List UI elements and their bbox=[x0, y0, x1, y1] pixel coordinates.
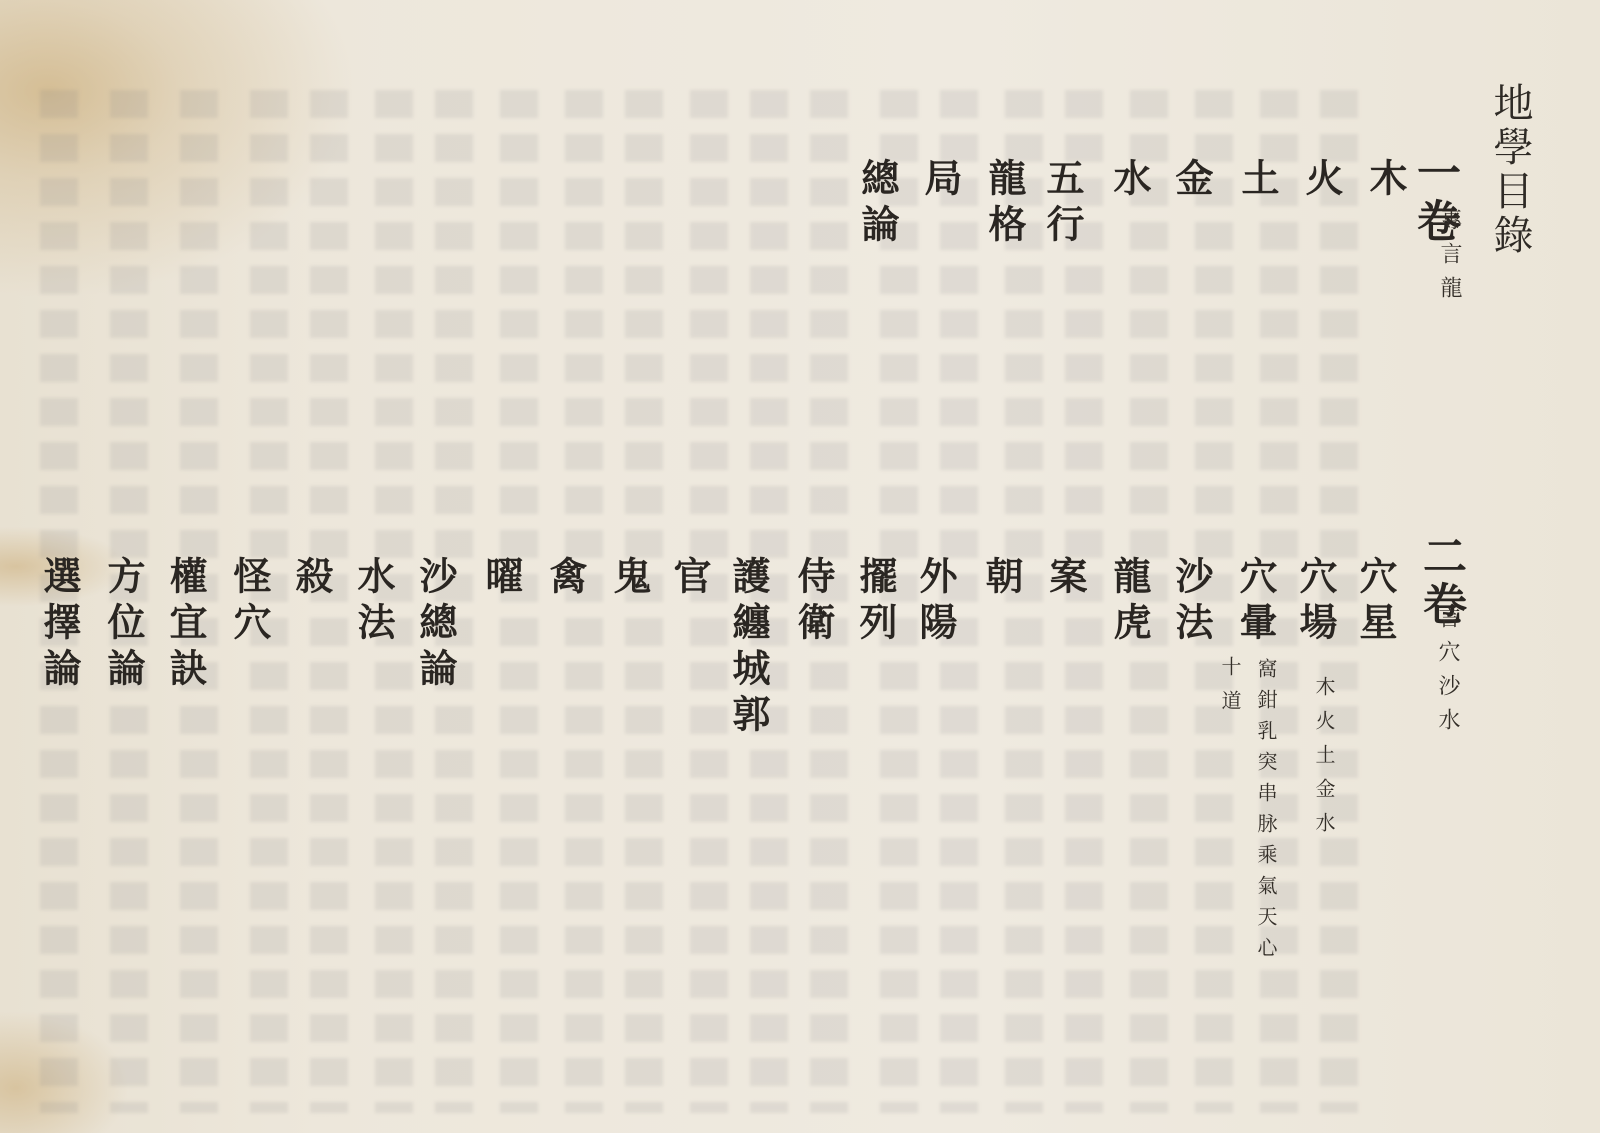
manuscript-page: 地學目錄 一卷 專言龍 木 火 土 金 水 五行 龍格 局 總論 二卷 言穴沙水… bbox=[0, 0, 1600, 1133]
toc-entry: 案 bbox=[1046, 556, 1084, 602]
toc-entry: 殺 bbox=[292, 556, 330, 602]
toc-entry: 穴暈 bbox=[1236, 556, 1274, 648]
toc-entry: 朝 bbox=[982, 556, 1020, 602]
volume-1-note: 專言龍 bbox=[1438, 208, 1460, 310]
toc-entry: 水法 bbox=[354, 556, 392, 648]
toc-entry: 土 bbox=[1238, 158, 1276, 204]
toc-entry: 擺列 bbox=[856, 556, 894, 648]
toc-entry-note: 木火土金水 bbox=[1314, 676, 1334, 846]
toc-entry: 曜 bbox=[482, 556, 520, 602]
toc-entry: 火 bbox=[1302, 158, 1340, 204]
toc-entry: 護纏城郭 bbox=[729, 556, 767, 740]
toc-entry: 怪穴 bbox=[230, 556, 268, 648]
toc-entry: 穴場 bbox=[1296, 556, 1334, 648]
toc-entry: 侍衛 bbox=[794, 556, 832, 648]
toc-entry: 局 bbox=[921, 158, 959, 204]
toc-entry: 龍格 bbox=[985, 158, 1023, 250]
toc-entry: 選擇論 bbox=[40, 556, 78, 694]
toc-entry: 木 bbox=[1366, 158, 1404, 204]
toc-entry: 沙總論 bbox=[416, 556, 454, 694]
toc-entry-side-note: 十道 bbox=[1220, 656, 1240, 724]
toc-entry: 官 bbox=[670, 556, 708, 602]
toc-entry: 五行 bbox=[1043, 158, 1081, 250]
toc-entry: 穴星 bbox=[1356, 556, 1394, 648]
toc-entry: 龍虎 bbox=[1110, 556, 1148, 648]
toc-entry: 外陽 bbox=[916, 556, 954, 648]
volume-2-note: 言穴沙水 bbox=[1436, 606, 1458, 742]
toc-entry: 沙法 bbox=[1172, 556, 1210, 648]
toc-entry-note: 窩鉗乳突串脉乘氣天心 bbox=[1256, 658, 1276, 968]
toc-entry: 權宜訣 bbox=[166, 556, 204, 694]
toc-entry: 水 bbox=[1110, 158, 1148, 204]
toc-entry: 禽 bbox=[546, 556, 584, 602]
toc-entry: 金 bbox=[1172, 158, 1210, 204]
toc-entry: 鬼 bbox=[610, 556, 648, 602]
document-title: 地學目錄 bbox=[1490, 82, 1530, 258]
toc-entry: 方位論 bbox=[104, 556, 142, 694]
toc-entry: 總論 bbox=[858, 158, 896, 250]
